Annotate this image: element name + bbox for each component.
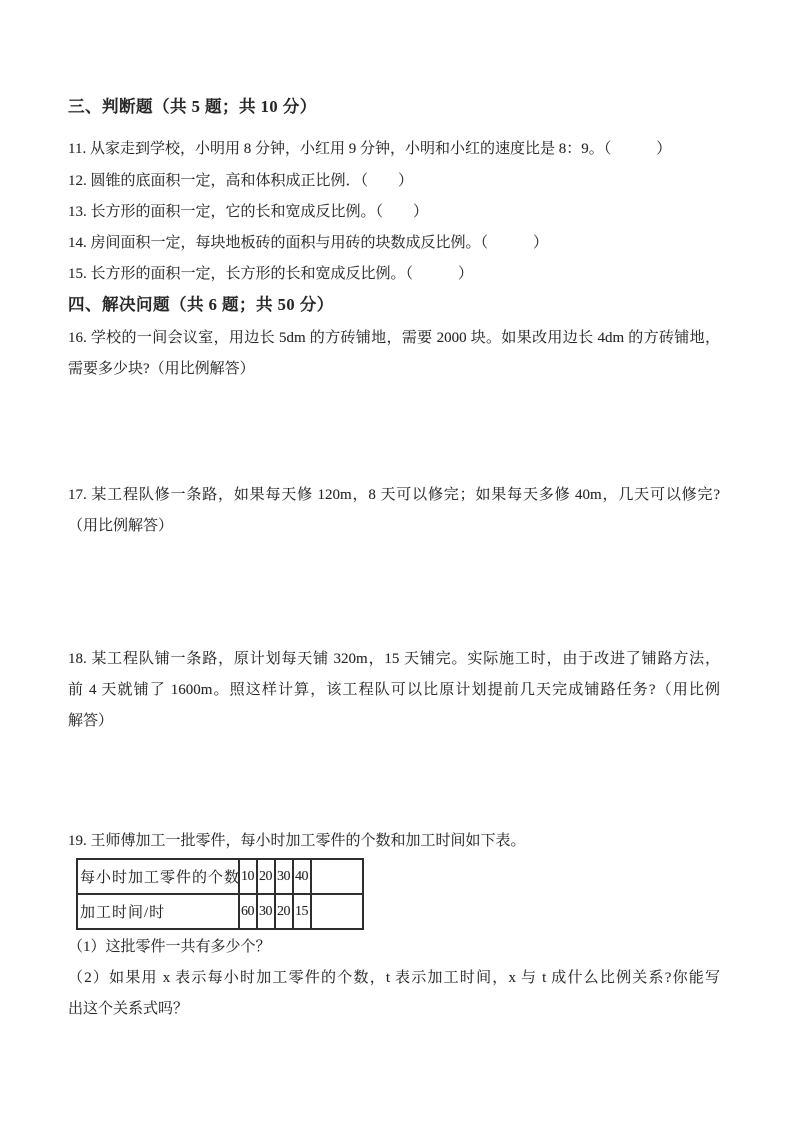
question-19-intro: 19. 王师傅加工一批零件，每小时加工零件的个数和加工时间如下表。 [68,832,720,851]
table-cell-value: 30 [257,894,275,929]
section-heading-solve: 四、解决问题（共 6 题；共 50 分） [68,295,720,314]
table-cell-value: 40 [293,859,311,894]
question-18-line1: 18. 某工程队铺一条路，原计划每天铺 320m，15 天铺完。实际施工时，由于… [68,650,720,669]
worksheet-page: 三、判断题（共 5 题；共 10 分） 11. 从家走到学校，小明用 8 分钟，… [0,0,793,1122]
question-19-table: 每小时加工零件的个数 10 20 30 40 加工时间/时 60 30 20 1… [76,858,364,930]
question-16-line1: 16. 学校的一间会议室，用边长 5dm 的方砖铺地，需要 2000 块。如果改… [68,329,720,348]
question-19-sub2-line2: 出这个关系式吗？ [68,1000,720,1019]
question-11: 11. 从家走到学校，小明用 8 分钟，小红用 9 分钟，小明和小红的速度比是 … [68,140,720,159]
table-cell-label: 每小时加工零件的个数 [77,859,239,894]
question-18-line3: 解答） [68,712,720,731]
question-17-line1: 17. 某工程队修一条路，如果每天修 120m，8 天可以修完；如果每天多修 4… [68,486,720,505]
table-cell-value: 15 [293,894,311,929]
table-cell-value: 60 [239,894,257,929]
question-12: 12. 圆锥的底面积一定，高和体积成正比例．（ ） [68,172,720,191]
question-19-sub2-line1: （2）如果用 x 表示每小时加工零件的个数，t 表示加工时间，x 与 t 成什么… [68,969,720,988]
question-17-line2: （用比例解答） [68,517,720,536]
table-cell-label: 加工时间/时 [77,894,239,929]
table-cell-value: 10 [239,859,257,894]
section-heading-judge: 三、判断题（共 5 题；共 10 分） [68,97,720,116]
question-13: 13. 长方形的面积一定，它的长和宽成反比例。（ ） [68,203,720,222]
table-row-processing-time: 加工时间/时 60 30 20 15 [77,894,363,929]
table-cell-empty [311,894,363,929]
question-19-sub1: （1）这批零件一共有多少个？ [68,938,720,957]
table-cell-empty [311,859,363,894]
question-18-line2: 前 4 天就铺了 1600m。照这样计算，该工程队可以比原计划提前几天完成铺路任… [68,681,720,700]
table-cell-value: 20 [257,859,275,894]
table-cell-value: 30 [275,859,293,894]
question-14: 14. 房间面积一定，每块地板砖的面积与用砖的块数成反比例。（ ） [68,234,720,253]
question-15: 15. 长方形的面积一定，长方形的长和宽成反比例。（ ） [68,265,720,284]
table-row-parts-per-hour: 每小时加工零件的个数 10 20 30 40 [77,859,363,894]
question-16-line2: 需要多少块?（用比例解答） [68,360,720,379]
table-cell-value: 20 [275,894,293,929]
